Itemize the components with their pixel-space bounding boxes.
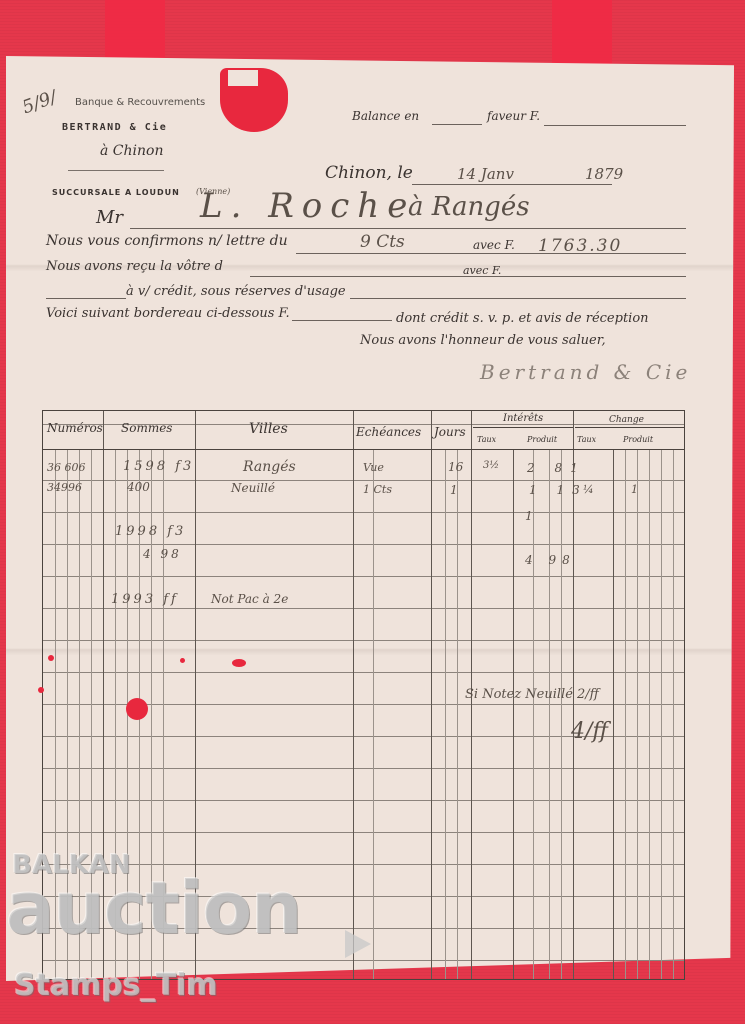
wax-splatter	[38, 687, 44, 693]
row2-numero: 34996	[47, 481, 82, 494]
header-change-produit: Produit	[623, 435, 653, 444]
body-line1-date: 9 Cts	[360, 232, 405, 252]
addressee-prefix: Mr	[96, 207, 123, 228]
faveur-label: faveur F.	[487, 109, 540, 123]
row1-int-taux: 3½	[483, 460, 499, 471]
addressee-place: à Rangés	[408, 192, 530, 222]
body-line1-printed: Nous vous confirmons n/ lettre du	[46, 233, 288, 249]
header-jours: Jours	[434, 425, 466, 439]
body-line2-avec: avec F.	[463, 264, 501, 277]
body-line4-printed: Voici suivant bordereau ci-dessous F.	[46, 306, 290, 321]
row1-numero: 36 606	[47, 461, 86, 474]
row2-jours: 1	[450, 483, 458, 497]
sommes-less: 4 98	[143, 547, 182, 561]
watermark-arrow-icon	[345, 930, 371, 958]
header-echeances: Echéances	[356, 425, 421, 439]
row2-echeance: 1 Cts	[363, 483, 392, 496]
header-sommes: Sommes	[121, 421, 172, 435]
wax-seal-torn	[228, 70, 258, 86]
balance-blank	[432, 124, 482, 125]
date-place: Chinon, le	[325, 163, 413, 183]
watermark-stamps-tim: Stamps_Tim	[14, 968, 218, 1003]
closing-salutation: Nous avons l'honneur de vous saluer,	[360, 333, 606, 348]
faveur-blank	[544, 125, 686, 126]
balance-label: Balance en	[352, 109, 419, 123]
tape-strip-right	[552, 0, 612, 70]
sommes-total: 1998 f3	[115, 524, 186, 539]
date-underline	[412, 184, 612, 185]
signature: Bertrand & Cie	[480, 360, 691, 384]
sommes-net: 1993 ff	[111, 592, 179, 607]
watermark-auction: auction	[6, 866, 301, 950]
tick-mark: 4/ff	[571, 719, 608, 744]
header-change-taux: Taux	[577, 435, 596, 444]
date-day-month: 14 Janv	[457, 165, 514, 183]
addressee-name: L. Roche	[200, 186, 415, 226]
header-interets: Intérêts	[503, 413, 543, 424]
body-line3-rule-left	[46, 298, 126, 299]
wax-splatter	[126, 698, 148, 720]
row1-int-produit: 2 81	[527, 461, 586, 475]
body-line4-tail: dont crédit s. v. p. et avis de réceptio…	[396, 311, 649, 326]
row2-somme: 400	[127, 480, 150, 494]
header-interets-taux: Taux	[477, 435, 496, 444]
date-year: 1879	[585, 165, 623, 183]
wax-splatter	[180, 658, 185, 663]
branch-name: SUCCURSALE A LOUDUN	[52, 188, 180, 197]
note-row: Not Pac à 2e	[211, 592, 288, 606]
row2-chg-produit: 1	[631, 483, 638, 496]
int-extra: 1	[525, 509, 533, 523]
body-line3-rule-right	[350, 298, 686, 299]
wax-splatter	[232, 659, 246, 667]
interets-subrule	[473, 427, 573, 428]
row2-chg-taux: ¼	[583, 483, 594, 496]
int-total: 4 98	[525, 553, 576, 567]
col-divider	[513, 449, 514, 979]
body-line4-rule	[292, 320, 392, 321]
col-divider	[353, 411, 354, 979]
header-numeros: Numéros	[47, 421, 103, 435]
row1-jours: 16	[448, 460, 463, 474]
row1-somme: 1598 f3	[123, 459, 194, 474]
col-divider	[613, 449, 614, 979]
body-line1-rule	[296, 253, 686, 254]
letterhead-line1: Banque & Recouvrements	[75, 97, 205, 108]
body-line3-printed: à v/ crédit, sous réserves d'usage	[126, 284, 346, 299]
row1-ville: Rangés	[243, 459, 296, 475]
row2-int-produit: 1 13	[529, 483, 588, 497]
wax-splatter	[48, 655, 54, 661]
col-divider	[431, 411, 432, 979]
header-interets-produit: Produit	[527, 435, 557, 444]
body-line2-printed: Nous avons reçu la vôtre d	[46, 259, 223, 274]
change-subrule	[575, 427, 685, 428]
header-rule	[43, 449, 684, 450]
header-change: Change	[609, 415, 644, 425]
addressee-line	[130, 228, 686, 229]
body-line1-amount: 1763.30	[538, 236, 622, 256]
letterhead-divider	[68, 170, 164, 171]
row2-ville: Neuillé	[231, 481, 275, 495]
header-villes: Villes	[249, 421, 288, 437]
row1-echeance: Vue	[363, 461, 384, 474]
body-line1-avec: avec F.	[473, 238, 515, 252]
firm-city: à Chinon	[100, 143, 163, 159]
right-note: Si Notez Neuillé 2/ff	[465, 687, 599, 702]
firm-name: BERTRAND & Cie	[62, 122, 167, 133]
